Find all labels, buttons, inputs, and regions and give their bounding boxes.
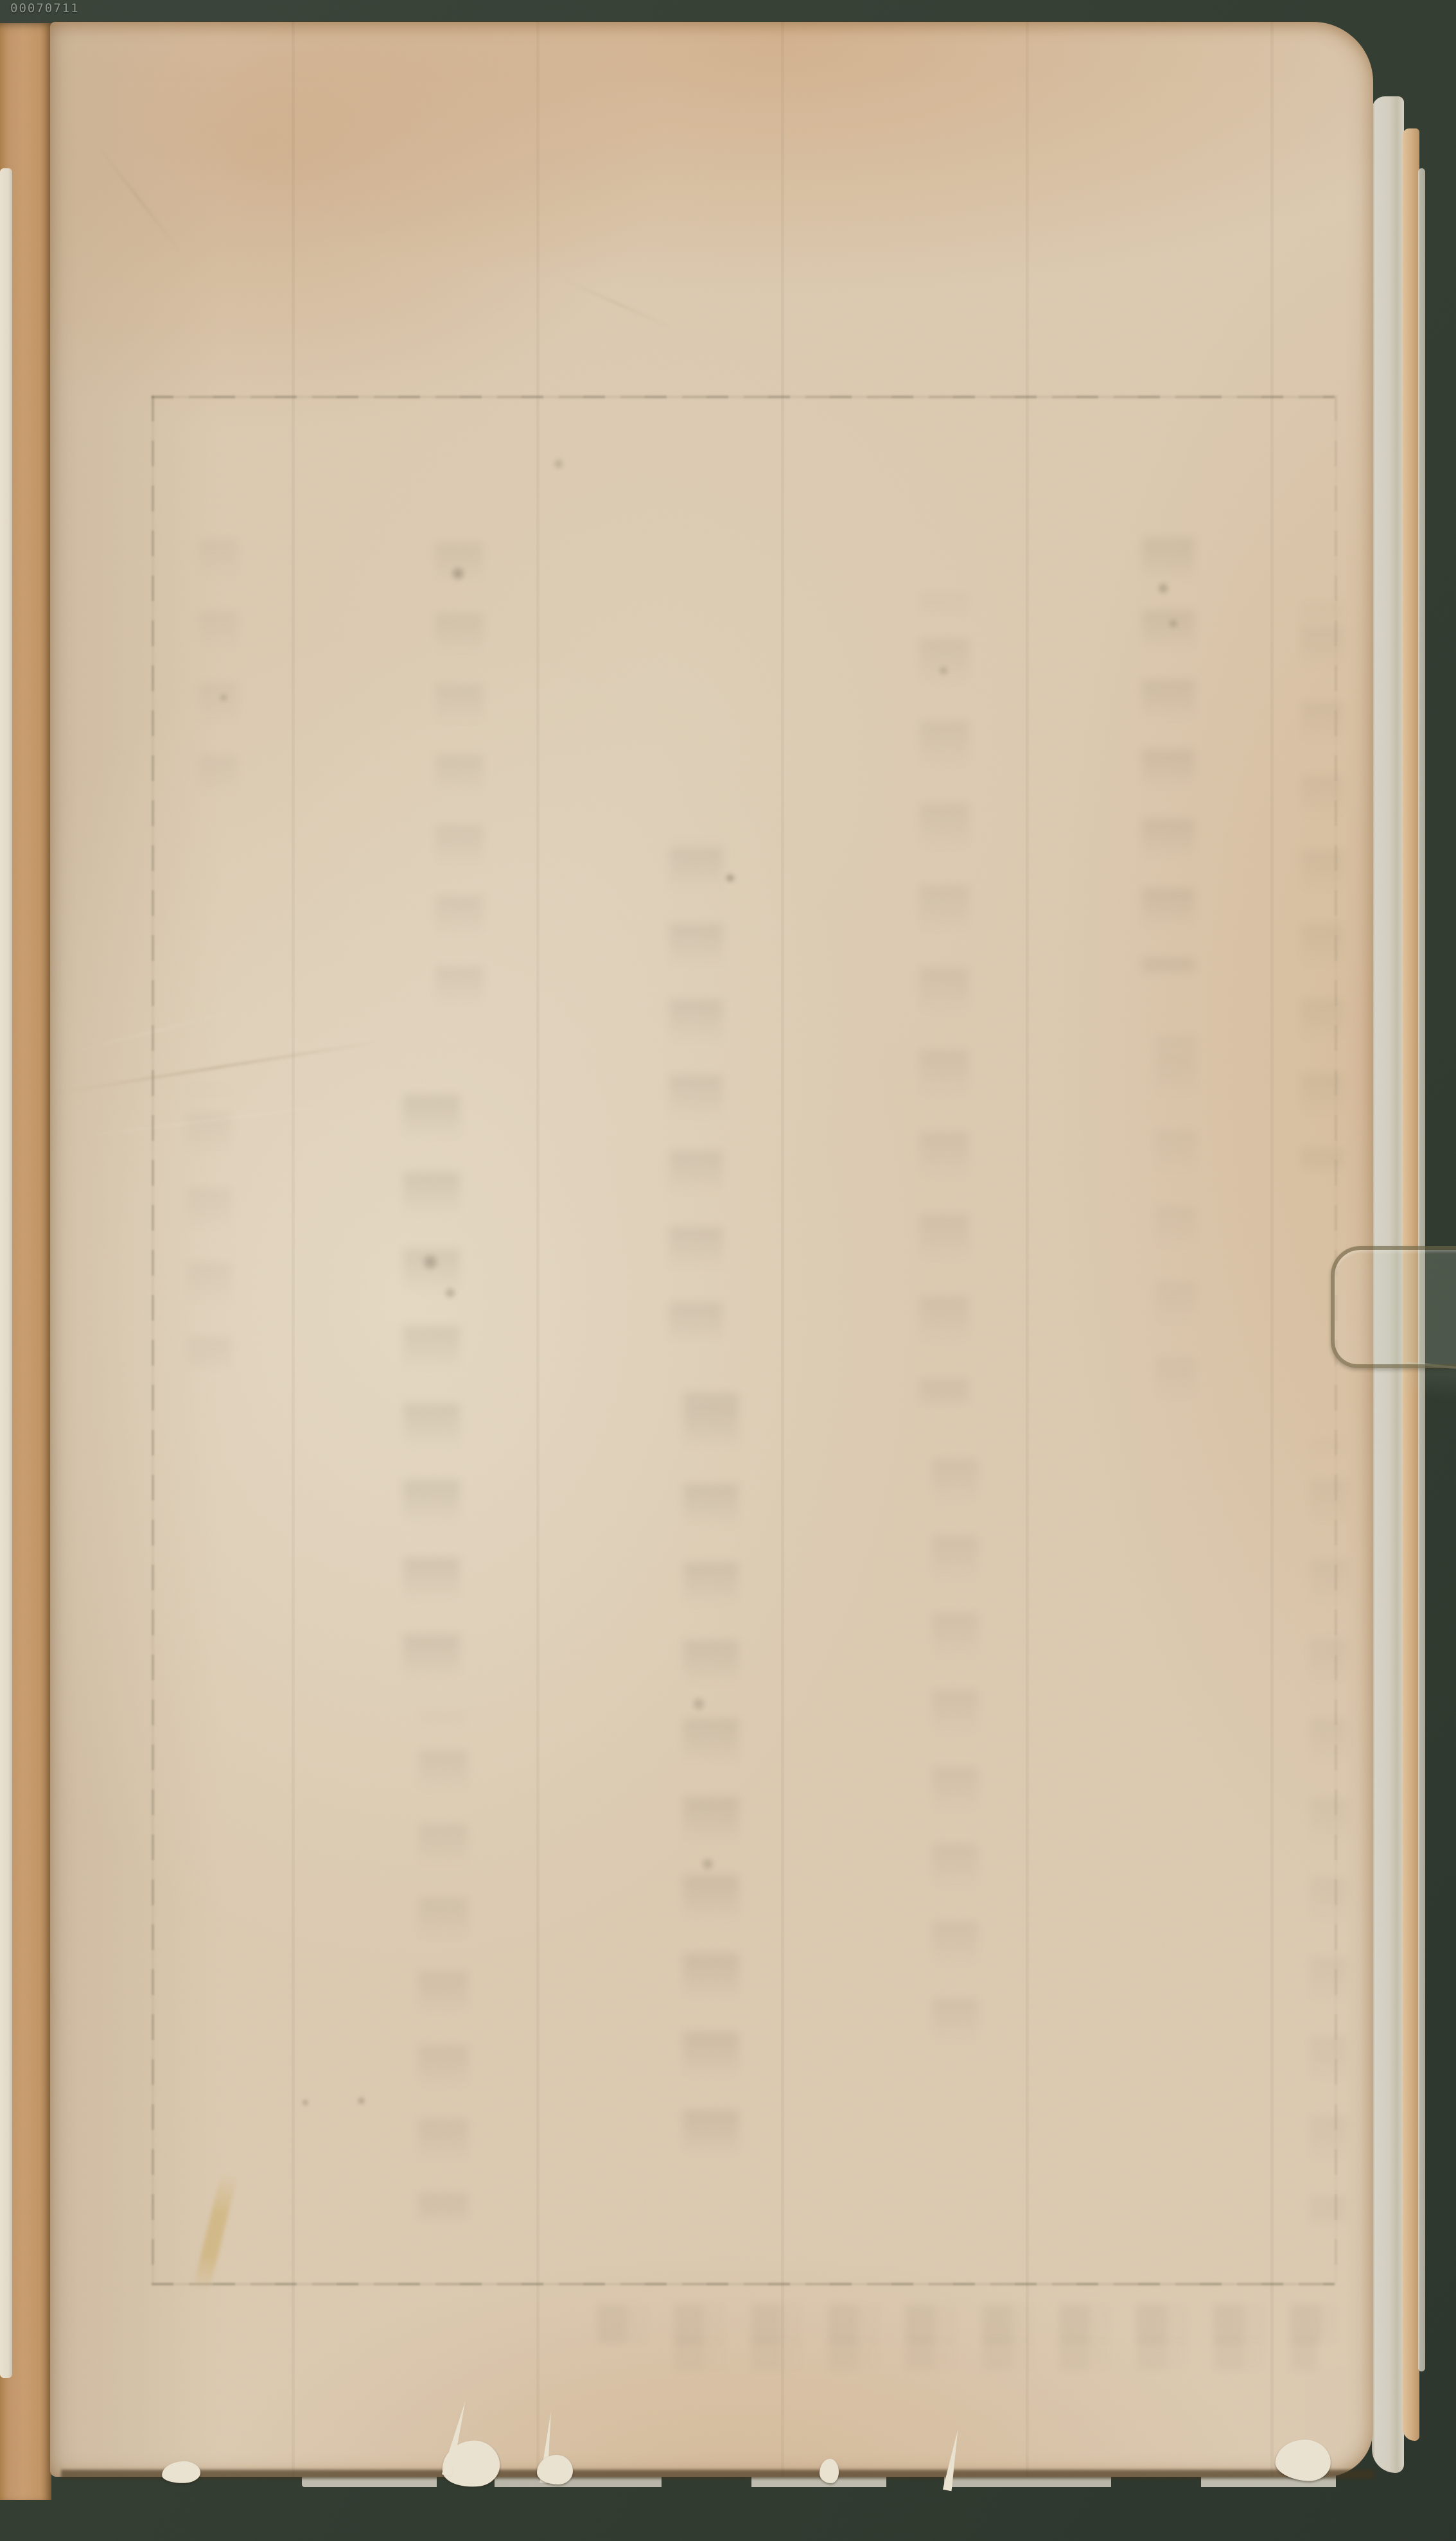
bleed-through-spot (700, 1856, 715, 1872)
bleed-through-column (188, 1086, 231, 1368)
paper-grain-texture (50, 22, 1373, 2477)
bleed-through-column (1142, 536, 1195, 973)
bleed-through-spot (938, 665, 949, 676)
bleed-through-spot (450, 565, 466, 582)
page-holder-clip (1331, 1246, 1456, 1368)
bleed-through-spot (1168, 618, 1179, 629)
bleed-through-column (1301, 604, 1344, 1169)
book-scan-surface: 00070711 (0, 0, 1456, 2541)
bleed-through-column (403, 1076, 460, 1686)
bleed-through-column (669, 838, 723, 1339)
bleed-through-column (683, 1375, 739, 2171)
bleed-through-spot (421, 1253, 440, 1272)
bleed-through-spot (443, 1286, 457, 1300)
paper-stain (192, 2171, 238, 2294)
blank-verso-page (50, 22, 1373, 2477)
bleed-through-column (199, 527, 238, 809)
bleed-through-spot (1156, 581, 1170, 595)
paper-crease (50, 1915, 60, 2030)
bleed-through-band (674, 2339, 1317, 2370)
bleed-through-spot (357, 2097, 365, 2105)
scan-banding-artifact (50, 22, 1373, 2477)
paper-crease (55, 1040, 385, 1095)
bleed-through-column (920, 594, 969, 1403)
bleed-through-spot (552, 457, 565, 470)
paper-crease (77, 1103, 345, 1138)
bleed-through-band (597, 2305, 1336, 2343)
bleed-through-column (1310, 1439, 1347, 2222)
paper-crease (61, 1007, 249, 1055)
paper-crease (89, 136, 186, 259)
bleed-through-spot (690, 1696, 707, 1712)
bleed-through-spot (724, 872, 736, 884)
image-id-label: 00070711 (10, 1, 80, 15)
bleed-through-spot (218, 692, 229, 703)
bottom-edge-shadow (61, 2470, 1374, 2479)
left-page-edge-sliver (0, 168, 12, 2378)
bleed-through-column (933, 1445, 978, 2062)
bleed-through-column (435, 543, 483, 1005)
bleed-frame-line-top (152, 396, 1335, 398)
bleed-frame-line-bottom (152, 2283, 1335, 2285)
paper-crease (558, 276, 676, 331)
bleed-through-column (419, 1712, 468, 2219)
torn-paper-tuft (537, 2455, 573, 2484)
bleed-frame-line-left (152, 396, 154, 2283)
bleed-through-column (1156, 1021, 1196, 1420)
bleed-through-spot (302, 2099, 309, 2106)
torn-paper-tuft (820, 2459, 839, 2483)
